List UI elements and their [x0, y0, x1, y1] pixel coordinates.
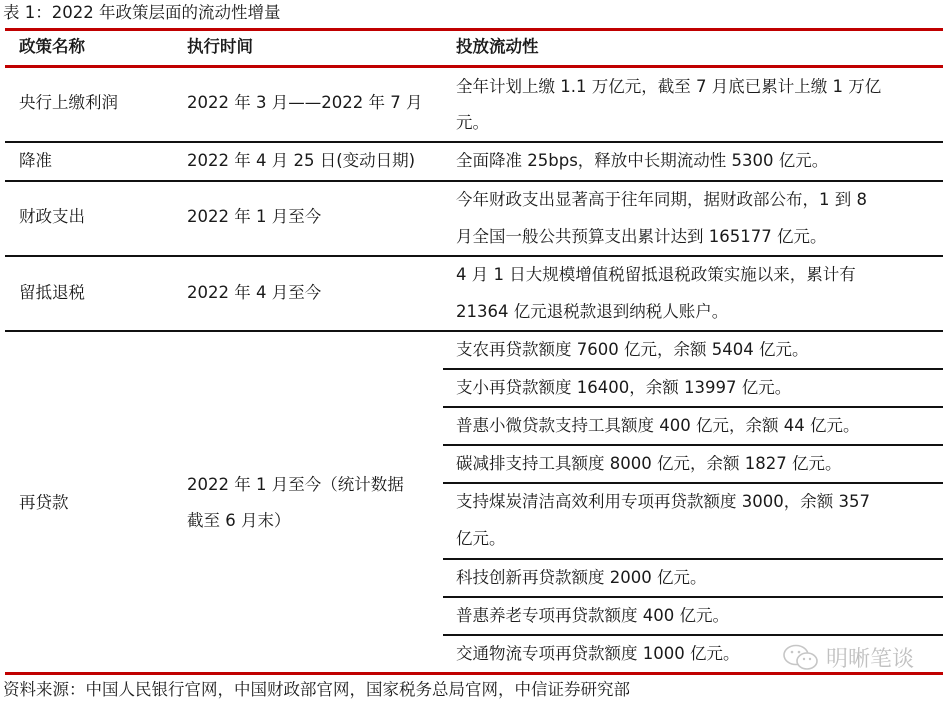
sub-item: 亿元。 — [456, 520, 506, 558]
execution-time: 2022 年 4 月至今 — [187, 274, 321, 312]
sub-item: 支小再贷款额度 16400，余额 13997 亿元。 — [456, 369, 791, 407]
policy-name: 降准 — [19, 142, 52, 180]
execution-time: 2022 年 4 月 25 日(变动日期) — [187, 142, 415, 180]
liquidity-line: 月全国一般公共预算支出累计达到 165177 亿元。 — [456, 218, 826, 256]
wechat-icon — [782, 643, 820, 673]
execution-time: 2022 年 1 月至今 — [187, 198, 321, 236]
header-liquidity: 投放流动性 — [456, 28, 539, 66]
policy-name: 财政支出 — [19, 198, 85, 236]
sub-item: 碳减排支持工具额度 8000 亿元，余额 1827 亿元。 — [456, 445, 841, 483]
sub-item: 科技创新再贷款额度 2000 亿元。 — [456, 559, 706, 597]
policy-name: 央行上缴利润 — [19, 84, 118, 122]
execution-time-line: 截至 6 月末） — [187, 502, 291, 540]
policy-name: 留抵退税 — [19, 274, 85, 312]
header-policy-name: 政策名称 — [19, 28, 85, 66]
sub-item: 支农再贷款额度 7600 亿元，余额 5404 亿元。 — [456, 331, 808, 369]
liquidity-line: 元。 — [456, 104, 489, 142]
execution-time-line: 2022 年 1 月至今（统计数据 — [187, 466, 404, 504]
sub-item: 交通物流专项再贷款额度 1000 亿元。 — [456, 635, 739, 673]
liquidity-line: 今年财政支出显著高于往年同期，据财政部公布，1 到 8 — [456, 181, 867, 219]
liquidity-line: 4 月 1 日大规模增值税留抵退税政策实施以来，累计有 — [456, 256, 856, 294]
sub-item: 普惠小微贷款支持工具额度 400 亿元，余额 44 亿元。 — [456, 407, 859, 445]
sub-item: 支持煤炭清洁高效利用专项再贷款额度 3000，余额 357 — [456, 483, 870, 521]
liquidity-line: 21364 亿元退税款退到纳税人账户。 — [456, 293, 728, 331]
watermark: 明晰笔谈 — [782, 642, 914, 673]
header-execution-time: 执行时间 — [187, 28, 253, 66]
execution-time: 2022 年 3 月——2022 年 7 月 — [187, 84, 422, 122]
liquidity-line: 全面降准 25bps，释放中长期流动性 5300 亿元。 — [456, 142, 828, 180]
policy-name: 再贷款 — [19, 484, 69, 522]
table-caption: 表 1：2022 年政策层面的流动性增量 — [3, 3, 280, 23]
sub-item: 普惠养老专项再贷款额度 400 亿元。 — [456, 597, 729, 635]
liquidity-line: 全年计划上缴 1.1 万亿元，截至 7 月底已累计上缴 1 万亿 — [456, 68, 881, 106]
source-note: 资料来源：中国人民银行官网，中国财政部官网，国家税务总局官网，中信证券研究部 — [3, 679, 630, 701]
watermark-text: 明晰笔谈 — [826, 642, 914, 673]
